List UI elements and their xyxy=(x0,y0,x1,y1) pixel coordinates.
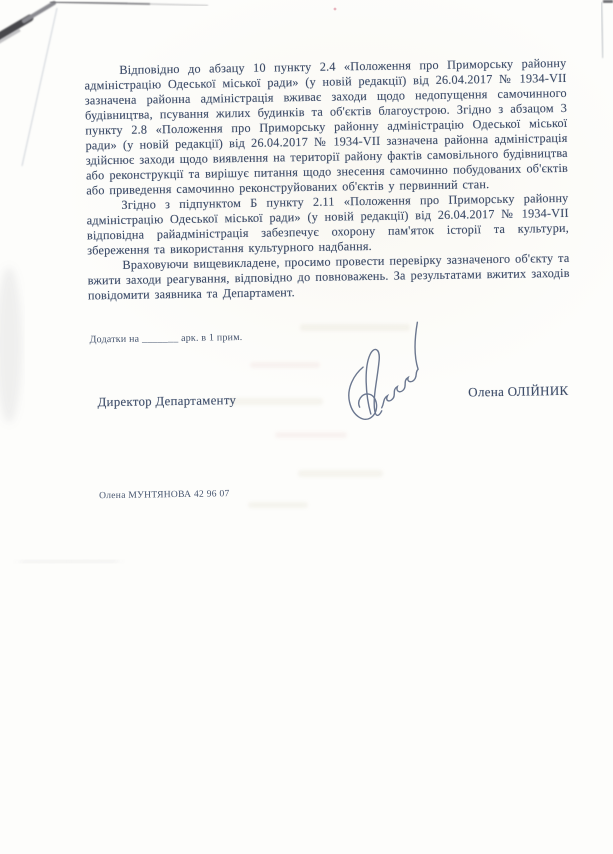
signature-stroke xyxy=(348,367,376,420)
scanned-letter-page: Відповідно до абзацу 10 пункту 2.4 «Поло… xyxy=(0,0,613,854)
signature-stroke xyxy=(366,349,382,415)
paragraph: Відповідно до абзацу 10 пункту 2.4 «Поло… xyxy=(84,56,568,199)
attachments-line: Додатки на _______ арк. в 1 прим. xyxy=(90,332,243,345)
letter-content: Відповідно до абзацу 10 пункту 2.4 «Поло… xyxy=(0,0,613,854)
signature-stroke xyxy=(380,322,418,408)
signer-title: Директор Департаменту xyxy=(97,393,236,410)
executor-line: Олена МУНТЯНОВА 42 96 07 xyxy=(99,488,230,501)
paragraph: Згідно з підпунктом Б пункту 2.11 «Полож… xyxy=(86,191,569,259)
letter-body: Відповідно до абзацу 10 пункту 2.4 «Поло… xyxy=(84,56,570,304)
signature-scribble xyxy=(336,316,426,443)
paragraph: Враховуючи вищевикладене, просимо провес… xyxy=(87,251,570,304)
signer-name: Олена ОЛІЙНИК xyxy=(468,383,568,401)
